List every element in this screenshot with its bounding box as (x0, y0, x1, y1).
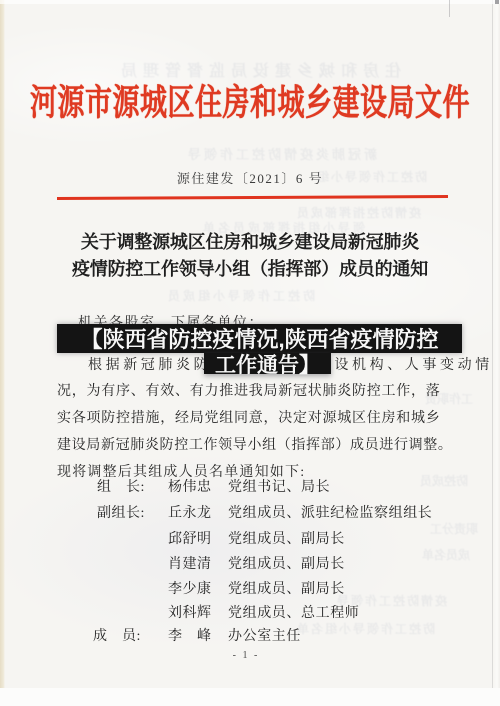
roster-role: 党组成员、副局长 (228, 553, 345, 573)
subtitle-overlay-line2: 工作通告】 (204, 353, 331, 374)
body-line: 况，为有序、有效、有力推进我局新冠状肺炎防控工作，落 (57, 380, 441, 400)
page-number: - 1 - (0, 650, 492, 661)
roster-row: 邱舒明 党组成员、副局长 (0, 528, 500, 548)
roster-label: 副组长: (97, 502, 145, 522)
scan-artifact (449, 0, 450, 17)
roster-row: 刘科辉 党组成员、总工程师 (0, 602, 500, 622)
body-line: 建设局新冠肺炎防控工作领导小组（指挥部）成员进行调整。 (57, 434, 453, 454)
red-divider-rule (57, 195, 448, 200)
roster-role: 党组成员、副局长 (228, 528, 345, 548)
roster-row: 组 长: 杨伟忠 党组书记、局长 (0, 476, 500, 496)
bleedthrough-text: 新冠肺炎疫情防控工作领导 (185, 144, 377, 163)
roster-role: 办公室主任 (228, 625, 301, 645)
roster-row: 李少康 党组成员、副局长 (0, 578, 500, 598)
bleedthrough-text: 住房和城乡建设局监督管理局 (115, 58, 401, 81)
page-edge-bottom (0, 688, 500, 706)
roster-role: 党组成员、派驻纪检监察组组长 (228, 502, 432, 522)
roster-row: 副组长: 丘永龙 党组成员、派驻纪检监察组组长 (0, 502, 500, 522)
agency-letterhead-title: 河源市源城区住房和城乡建设局文件 (0, 74, 500, 125)
roster-row: 肖建清 党组成员、副局长 (0, 553, 500, 573)
roster-name: 李少康 (168, 578, 212, 598)
bleedthrough-text: 防控工作领导小组成员 (165, 287, 315, 304)
scan-artifact (495, 0, 499, 4)
roster-role: 党组书记、局长 (228, 476, 330, 496)
roster-label: 组 长: (97, 476, 145, 496)
roster-name: 丘永龙 (168, 502, 212, 522)
roster-name: 刘科辉 (168, 602, 212, 622)
roster-role: 党组成员、副局长 (228, 578, 345, 598)
bleedthrough-text: 领导小组指挥部成员名单 (200, 219, 365, 236)
roster-row: 成 员: 李 峰 办公室主任 (0, 625, 500, 645)
roster-label: 成 员: (93, 625, 141, 645)
roster-name: 肖建清 (168, 553, 212, 573)
roster-role: 党组成员、总工程师 (228, 602, 359, 622)
body-line: 实各项防控措施，经局党组同意，决定对源城区住房和城乡 (57, 407, 441, 427)
roster-name: 邱舒明 (168, 528, 212, 548)
roster-name: 李 峰 (168, 625, 212, 645)
roster-name: 杨伟忠 (168, 476, 212, 496)
page-edge-top (0, 0, 500, 4)
notice-title-line2: 疫情防控工作领导小组（指挥部）成员的通知 (0, 255, 500, 281)
document-page: 住房和城乡建设局监督管理局 新冠肺炎疫情防控工作领导 防控工作领导小组 疫情防控… (0, 0, 500, 706)
bleedthrough-text: 防控工作领导小组 (315, 168, 427, 185)
